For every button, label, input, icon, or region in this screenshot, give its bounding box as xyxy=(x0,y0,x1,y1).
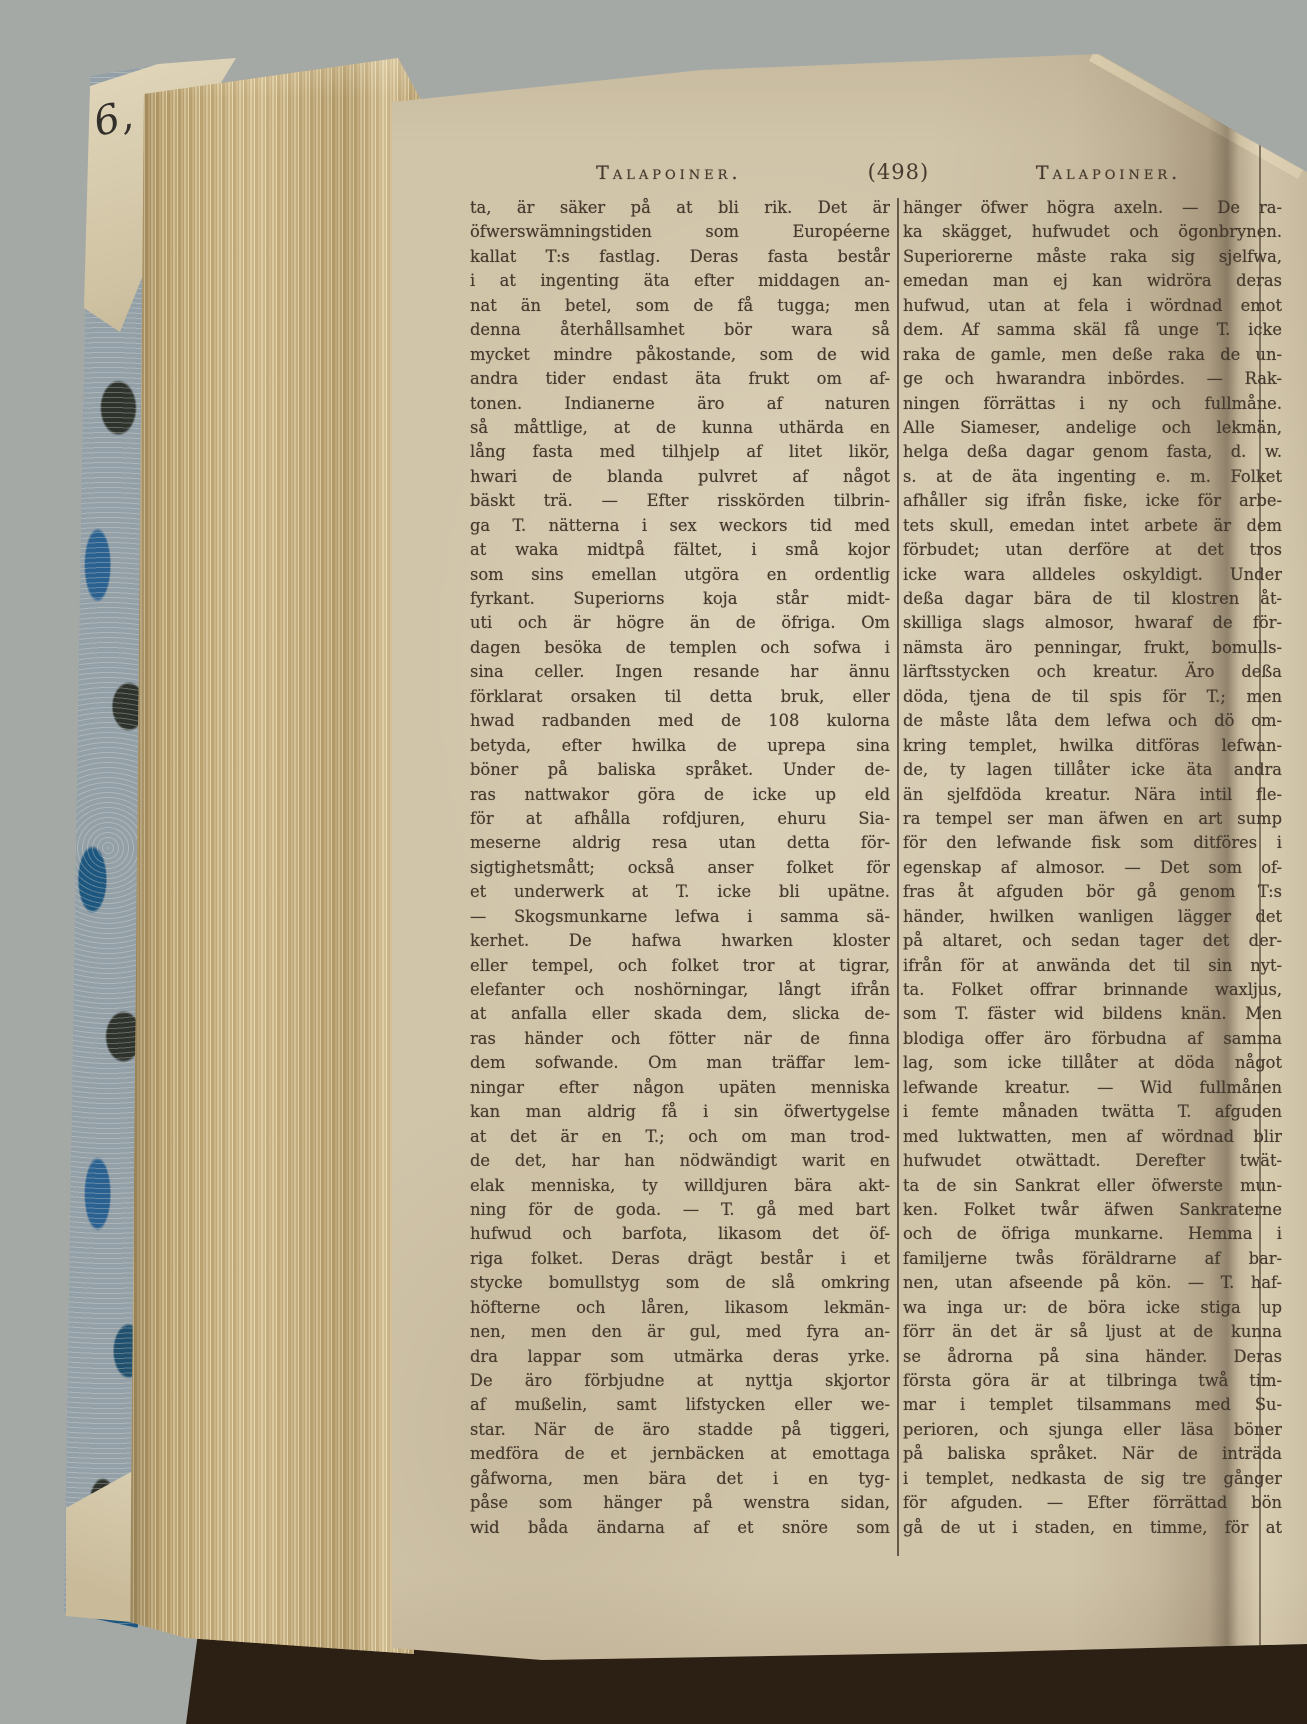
text-line: tonen. Indianerne äro af naturen xyxy=(470,392,890,416)
text-line: af mußelin, samt lifstycken eller we- xyxy=(470,1393,890,1417)
text-line: hufwud och barfota, likasom det öf- xyxy=(470,1222,890,1246)
text-line: dagen besöka de templen och sofwa i xyxy=(470,636,890,660)
text-line: förbudet; utan derföre at det tros xyxy=(903,538,1282,562)
text-line: för afguden. — Efter förrättad bön xyxy=(903,1491,1282,1515)
text-line: icke wara alldeles oskyldigt. Under xyxy=(903,563,1282,587)
text-line: på altaret, och sedan tager det der- xyxy=(903,929,1282,953)
fore-edge-page-stack xyxy=(126,50,422,1664)
printed-page-content: Talapoiner. (498) Talapoiner. ta, är säk… xyxy=(470,160,1288,1600)
text-line: med luktwatten, men af wördnad blir xyxy=(903,1125,1282,1149)
text-line: meserne aldrig resa utan detta för- xyxy=(470,831,890,855)
text-line: se ådrorna på sina händer. Deras xyxy=(903,1345,1282,1369)
text-line: de måste låta dem lefwa och dö om- xyxy=(903,709,1282,733)
text-line: ra tempel ser man äfwen en art sump xyxy=(903,807,1282,831)
text-line: dem. Af samma skäl få unge T. icke xyxy=(903,318,1282,342)
text-line: första göra är at tilbringa twå tim- xyxy=(903,1369,1282,1393)
text-line: på baliska språket. När de inträda xyxy=(903,1442,1282,1466)
text-line: hufwudet otwättadt. Derefter twät- xyxy=(903,1149,1282,1173)
text-line: de, ty lagen tillåter icke äta andra xyxy=(903,758,1282,782)
text-line: familjerne twås föräldrarne af bar- xyxy=(903,1247,1282,1271)
text-line: medföra de et jernbäcken at emottaga xyxy=(470,1442,890,1466)
text-line: hänger öfwer högra axeln. — De ra- xyxy=(903,196,1282,220)
text-line: betyda, efter hwilka de uprepa sina xyxy=(470,734,890,758)
text-line: döda, tjena de til spis för T.; men xyxy=(903,685,1282,709)
text-line: lag, som icke tillåter at döda något xyxy=(903,1051,1282,1075)
text-line: ras nattwakor göra de icke up eld xyxy=(470,783,890,807)
text-line: hwad radbanden med de 108 kulorna xyxy=(470,709,890,733)
text-line: De äro förbjudne at nyttja skjortor xyxy=(470,1369,890,1393)
text-line: mar i templet tilsammans med Su- xyxy=(903,1393,1282,1417)
text-line: eller tempel, och folket tror at tigrar, xyxy=(470,954,890,978)
text-line: at anfalla eller skada dem, slicka de- xyxy=(470,1002,890,1026)
text-line: nämsta äro penningar, frukt, bomulls- xyxy=(903,636,1282,660)
text-line: förr än det är så ljust at de kunna xyxy=(903,1320,1282,1344)
text-line: raka de gamle, men deße raka de un- xyxy=(903,343,1282,367)
text-line: ka skägget, hufwudet och ögonbrynen. xyxy=(903,220,1282,244)
text-line: öfwerswämningstiden som Européerne xyxy=(470,220,890,244)
header-title-left: Talapoiner. xyxy=(470,162,868,184)
text-line: nat än betel, som de få tugga; men xyxy=(470,294,890,318)
text-line: dra lappar som utmärka deras yrke. xyxy=(470,1345,890,1369)
text-line: ningen förrättas i ny och fullmåne. xyxy=(903,392,1282,416)
book-page: Talapoiner. (498) Talapoiner. ta, är säk… xyxy=(392,48,1307,1670)
text-line: wid båda ändarna af et snöre som xyxy=(470,1516,890,1540)
text-line: denna återhållsamhet bör wara så xyxy=(470,318,890,342)
handwritten-mark: 6, xyxy=(89,92,137,146)
text-line: wa inga ur: de böra icke stiga up xyxy=(903,1296,1282,1320)
text-line: påse som hänger på wenstra sidan, xyxy=(470,1491,890,1515)
text-line: kring templet, hwilka ditföras lefwan- xyxy=(903,734,1282,758)
text-line: at det är en T.; och om man trod- xyxy=(470,1125,890,1149)
text-column-right: hänger öfwer högra axeln. — De ra-ka skä… xyxy=(903,196,1282,1540)
text-line: kerhet. De hafwa hwarken kloster xyxy=(470,929,890,953)
text-line: ge och hwarandra inbördes. — Rak- xyxy=(903,367,1282,391)
page-number: (498) xyxy=(868,160,929,184)
text-line: skilliga slags almosor, hwaraf de för- xyxy=(903,611,1282,635)
text-line: egenskap af almosor. — Det som of- xyxy=(903,856,1282,880)
text-line: ga T. nätterna i sex weckors tid med xyxy=(470,514,890,538)
text-line: uti och är högre än de öfriga. Om xyxy=(470,611,890,635)
text-line: och de öfriga munkarne. Hemma i xyxy=(903,1222,1282,1246)
text-line: kan man aldrig få i sin öfwertygelse xyxy=(470,1100,890,1124)
text-line: mycket mindre påkostande, som de wid xyxy=(470,343,890,367)
text-line: ta de sin Sankrat eller öfwerste mun- xyxy=(903,1174,1282,1198)
text-line: hwari de blanda pulvret af något xyxy=(470,465,890,489)
text-line: Superiorerne måste raka sig sjelfwa, xyxy=(903,245,1282,269)
text-line: at waka midtpå fältet, i små kojor xyxy=(470,538,890,562)
text-line: som sins emellan utgöra en ordentlig xyxy=(470,563,890,587)
text-line: stycke bomullstyg som de slå omkring xyxy=(470,1271,890,1295)
text-line: ken. Folket twår äfwen Sankraterne xyxy=(903,1198,1282,1222)
text-line: gå de ut i staden, en timme, för at xyxy=(903,1516,1282,1540)
text-line: lefwande kreatur. — Wid fullmånen xyxy=(903,1076,1282,1100)
text-line: ningar efter någon upäten menniska xyxy=(470,1076,890,1100)
text-line: ning för de goda. — T. gå med bart xyxy=(470,1198,890,1222)
text-line: Alle Siameser, andelige och lekmän, xyxy=(903,416,1282,440)
text-line: deßa dagar bära de til klostren åt- xyxy=(903,587,1282,611)
text-line: i templet, nedkasta de sig tre gånger xyxy=(903,1467,1282,1491)
text-line: fyrkant. Superiorns koja står midt- xyxy=(470,587,890,611)
text-line: helga deßa dagar genom fasta, d. w. xyxy=(903,440,1282,464)
text-line: star. När de äro stadde på tiggeri, xyxy=(470,1418,890,1442)
text-line: gåfworna, men bära det i en tyg- xyxy=(470,1467,890,1491)
text-line: lärftsstycken och kreatur. Äro deßa xyxy=(903,660,1282,684)
text-line: et underwerk at T. icke bli upätne. xyxy=(470,880,890,904)
text-line: perioren, och sjunga eller läsa böner xyxy=(903,1418,1282,1442)
text-line: de det, har han nödwändigt warit en xyxy=(470,1149,890,1173)
text-line: händer, hwilken wanligen lägger det xyxy=(903,905,1282,929)
text-line: för den lefwande fisk som ditföres i xyxy=(903,831,1282,855)
text-line: riga folket. Deras drägt består i et xyxy=(470,1247,890,1271)
text-line: sigtighetsmått; också anser folket för xyxy=(470,856,890,880)
text-line: ta, är säker på at bli rik. Det är xyxy=(470,196,890,220)
text-line: tets skull, emedan intet arbete är dem xyxy=(903,514,1282,538)
text-line: ras händer och fötter när de finna xyxy=(470,1027,890,1051)
text-line: hufwud, utan at fela i wördnad emot xyxy=(903,294,1282,318)
text-line: — Skogsmunkarne lefwa i samma sä- xyxy=(470,905,890,929)
text-line: s. at de äta ingenting e. m. Folket xyxy=(903,465,1282,489)
text-line: andra tider endast äta frukt om af- xyxy=(470,367,890,391)
text-line: i at ingenting äta efter middagen an- xyxy=(470,269,890,293)
text-line: ta. Folket offrar brinnande waxljus, xyxy=(903,978,1282,1002)
column-divider-rule xyxy=(897,198,899,1556)
text-line: kallat T:s fastlag. Deras fasta består xyxy=(470,245,890,269)
text-line: sina celler. Ingen resande har ännu xyxy=(470,660,890,684)
photo-backdrop: 6, Talapoiner. (498) Talapoiner. ta, är … xyxy=(0,0,1307,1724)
text-line: ifrån för at anwända det til sin nyt- xyxy=(903,954,1282,978)
text-line: elak menniska, ty willdjuren bära akt- xyxy=(470,1174,890,1198)
text-line: fras åt afguden bör gå genom T:s xyxy=(903,880,1282,904)
header-title-right: Talapoiner. xyxy=(929,162,1288,184)
text-line: elefanter och noshörningar, långt ifrån xyxy=(470,978,890,1002)
text-line: böner på baliska språket. Under de- xyxy=(470,758,890,782)
text-line: blodiga offer äro förbudna af samma xyxy=(903,1027,1282,1051)
text-line: lång fasta med tilhjelp af litet likör, xyxy=(470,440,890,464)
text-line: höfterne och låren, likasom lekmän- xyxy=(470,1296,890,1320)
text-line: så måttlige, at de kunna uthärda en xyxy=(470,416,890,440)
text-line: dem sofwande. Om man träffar lem- xyxy=(470,1051,890,1075)
running-header: Talapoiner. (498) Talapoiner. xyxy=(470,160,1288,194)
text-line: bäskt trä. — Efter risskörden tilbrin- xyxy=(470,489,890,513)
text-line: emedan man ej kan widröra deras xyxy=(903,269,1282,293)
text-line: nen, utan afseende på kön. — T. haf- xyxy=(903,1271,1282,1295)
text-line: nen, men den är gul, med fyra an- xyxy=(470,1320,890,1344)
text-line: afhåller sig ifrån fiske, icke för arbe- xyxy=(903,489,1282,513)
text-line: än sjelfdöda kreatur. Nära intil fle- xyxy=(903,783,1282,807)
text-line: förklarat orsaken til detta bruk, eller xyxy=(470,685,890,709)
text-line: som T. fäster wid bildens knän. Men xyxy=(903,1002,1282,1026)
text-line: i femte månaden twätta T. afguden xyxy=(903,1100,1282,1124)
text-line: för at afhålla rofdjuren, ehuru Sia- xyxy=(470,807,890,831)
text-column-left: ta, är säker på at bli rik. Det äröfwers… xyxy=(470,196,890,1540)
